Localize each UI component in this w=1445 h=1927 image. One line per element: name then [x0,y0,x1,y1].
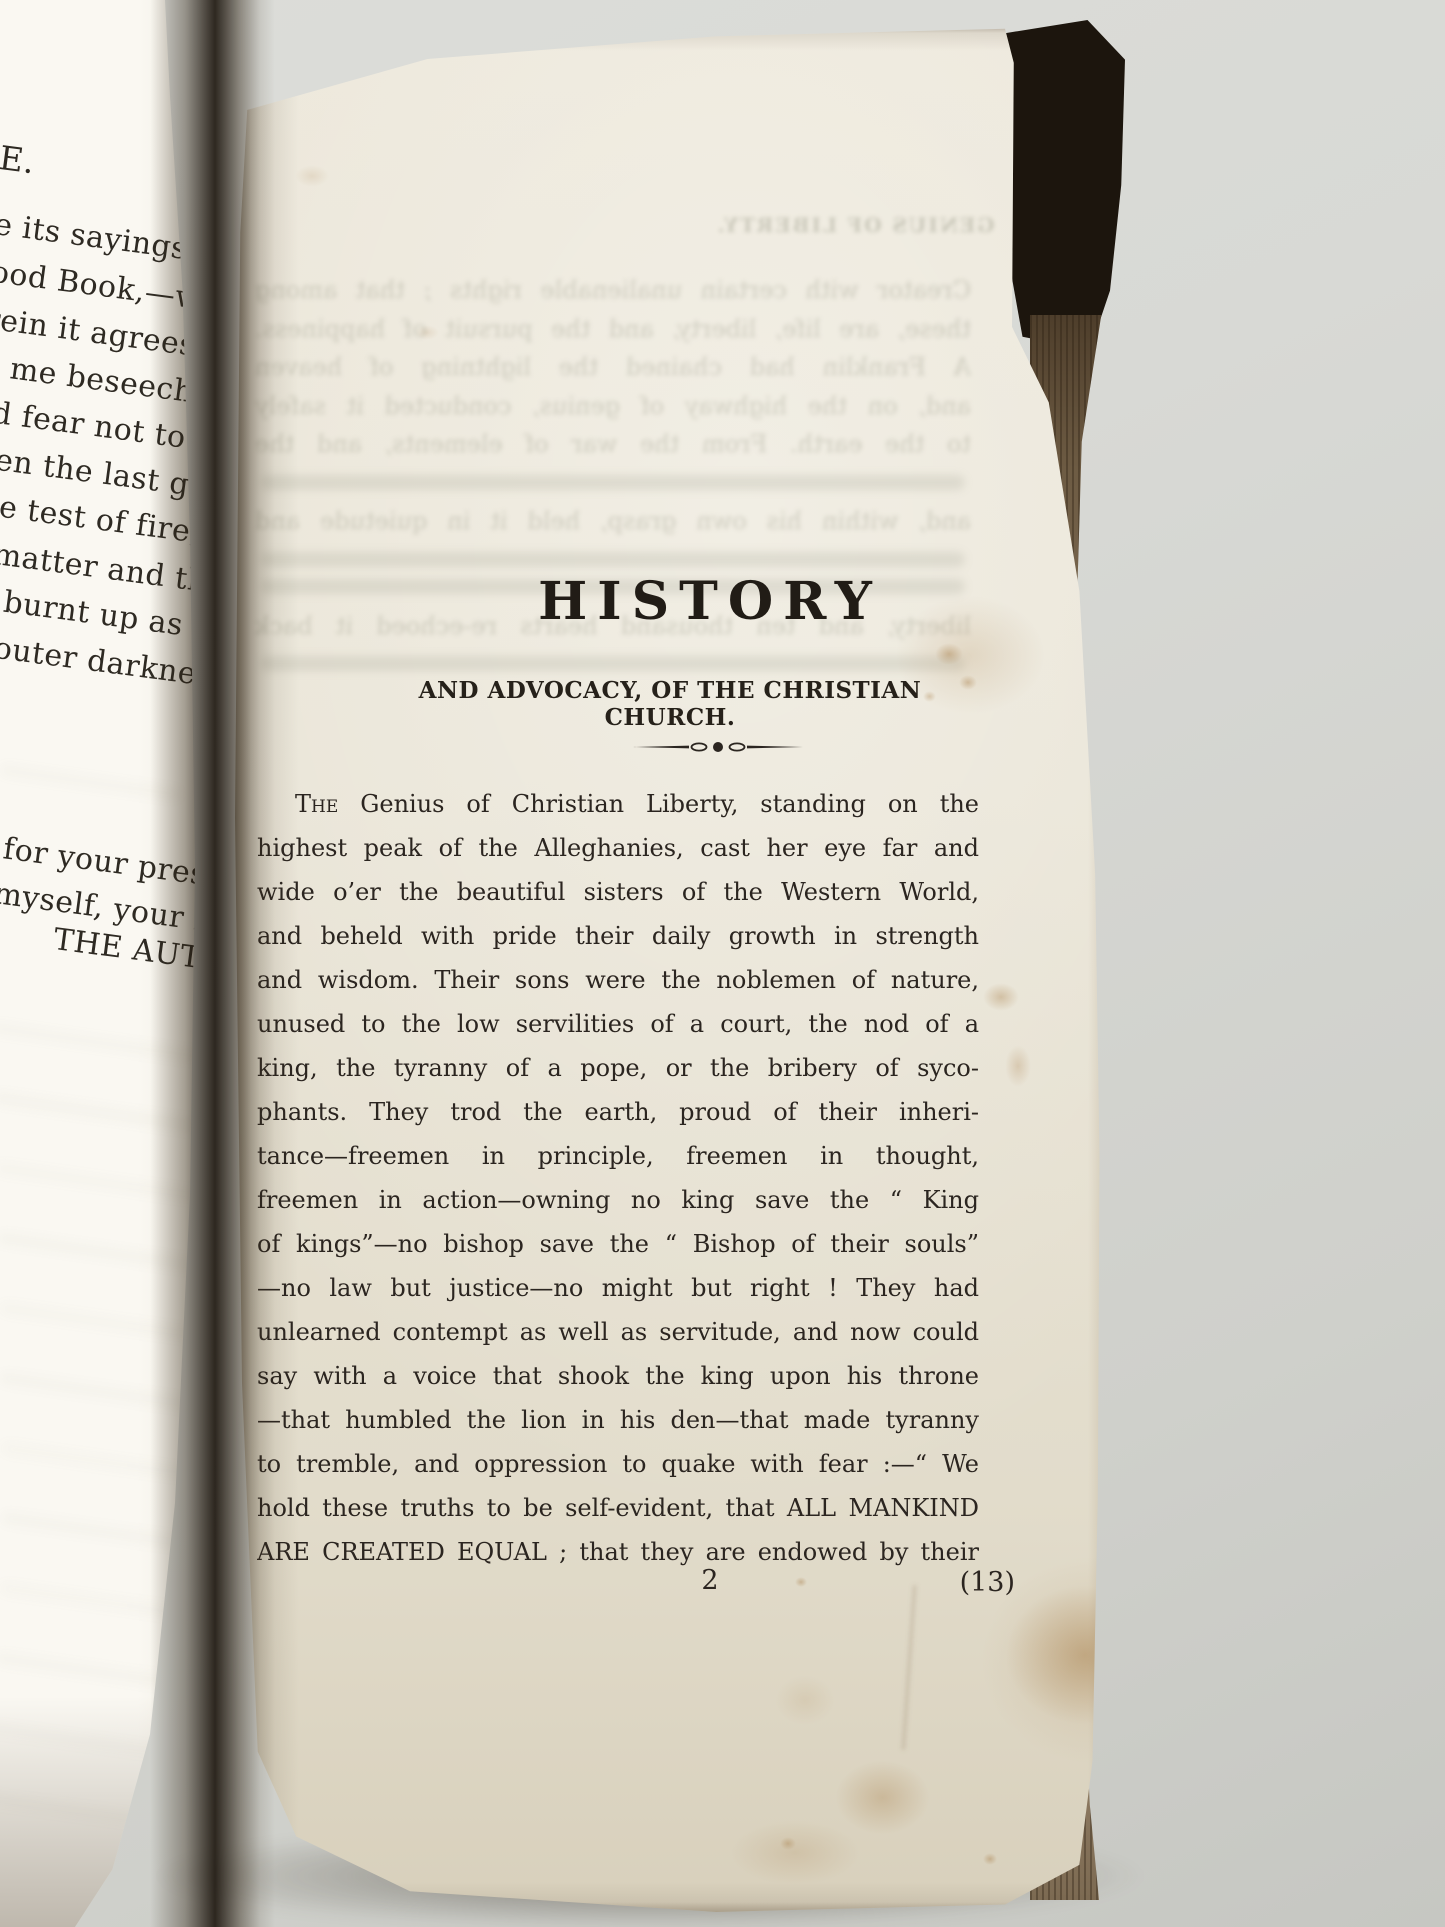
showthrough-line [0,1230,236,1278]
body-line: phants. They trod the earth, proud of th… [257,1090,979,1134]
showthrough-line: to the earth. From the war of elements, … [255,425,971,464]
body-line: tance—freemen in principle, freemen in t… [257,1134,979,1178]
left-page: E. re its sayings with tgood Book,—where… [0,0,250,1927]
body-line: freemen in action—owning no king save th… [257,1178,979,1222]
foxing-stain [1005,1585,1165,1725]
showthrough-line [0,1650,214,1695]
showthrough-line: Creator with certain unalienable rights … [255,271,971,310]
foxing-stain [1005,1045,1031,1087]
foxing-stain [983,1853,997,1865]
showthrough-line [0,1440,230,1487]
photo-of-open-book: E. re its sayings with tgood Book,—where… [0,0,1445,1927]
showthrough-line [261,552,965,567]
showthrough-line [0,1160,224,1207]
body-line: ARE CREATED EQUAL ; that they are endowe… [257,1530,979,1574]
showthrough-line: and, on the highway of genius, conducted… [255,387,971,426]
body-line: hold these truths to be self-evident, th… [257,1486,979,1530]
body-line: wide o’er the beautiful sisters of the W… [257,870,979,914]
paper-crease [901,1585,917,1750]
foxing-stain [983,983,1019,1011]
showthrough-line [0,762,183,803]
right-page: GENIUS OF LIBERTY. Creator with certain … [235,25,1110,1912]
body-line: of kings”—no bishop save the “ Bishop of… [257,1222,979,1266]
foxing-stain [730,1820,860,1885]
showthrough-line [0,1370,238,1418]
showthrough-line: these, are life, liberty, and the pursui… [255,310,971,349]
book-cover-edge [1000,20,1125,350]
body-line: and beheld with pride their daily growth… [257,914,979,958]
foxing-stain [780,1837,796,1850]
signature-number: 2 [685,1565,735,1596]
body-line: to tremble, and oppression to quake with… [257,1442,979,1486]
page-number: (13) [900,1567,1015,1598]
body-line: —that humbled the lion in his den—that m… [257,1398,979,1442]
foxing-stain [835,1760,930,1835]
divider-ornament [633,739,803,755]
swelled-rule-icon [633,739,803,755]
body-line: unused to the low servilities of a court… [257,1002,979,1046]
showthrough-line [0,1090,227,1138]
foxing-stain [795,1577,807,1587]
left-page-header-fragment: E. [0,138,37,181]
showthrough-line [0,1300,233,1348]
showthrough-line [0,1510,235,1558]
body-line: king, the tyranny of a pope, or the brib… [257,1046,979,1090]
showthrough-line: A Franklin had chained the lightning of … [255,348,971,387]
body-line: —no law but justice—no might but right !… [257,1266,979,1310]
showthrough-running-header: GENIUS OF LIBERTY. [705,213,1005,237]
body-line: The Genius of Christian Liberty, standin… [257,782,979,826]
body-line: unlearned contempt as well as servitude,… [257,1310,979,1354]
showthrough-line [0,1580,223,1626]
body-line: say with a voice that shook the king upo… [257,1354,979,1398]
body-line: and wisdom. Their sons were the noblemen… [257,958,979,1002]
chapter-title: HISTORY [505,571,915,632]
foxing-stain [295,165,329,187]
body-line: highest peak of the Alleghanies, cast he… [257,826,979,870]
showthrough-line: and, within his own grasp, held it in qu… [255,502,971,541]
body-paragraph: The Genius of Christian Liberty, standin… [257,782,979,1574]
foxing-stain [775,1675,835,1725]
showthrough-line [261,475,965,490]
chapter-subtitle: AND ADVOCACY, OF THE CHRISTIAN CHURCH. [385,677,955,731]
showthrough-line [0,1020,215,1066]
showthrough-line [261,656,965,671]
small-caps-lead: The [295,790,338,818]
